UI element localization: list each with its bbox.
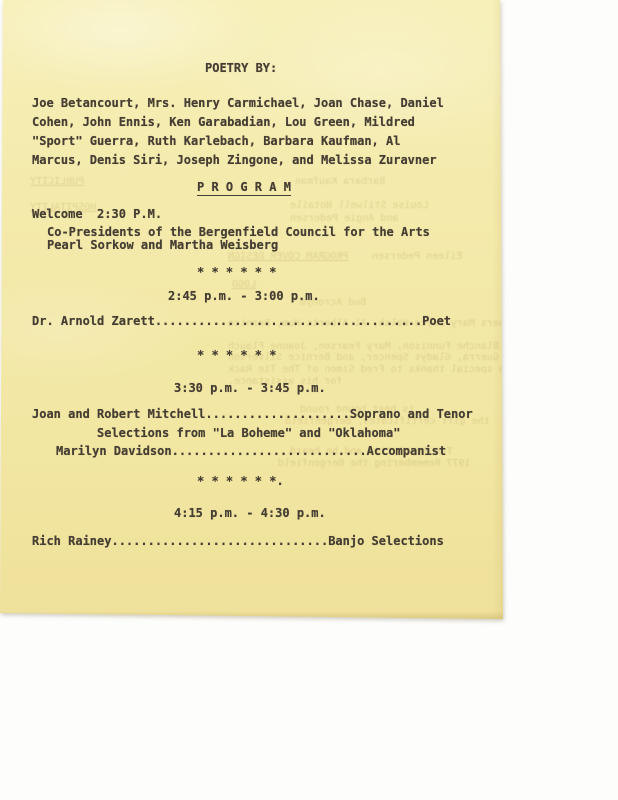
poets-line-1: Joe Betancourt, Mrs. Henry Carmichael, J…	[32, 96, 444, 110]
poets-line-2: Cohen, John Ennis, Ken Garabadian, Lou G…	[32, 115, 415, 129]
welcome-line: Welcome 2:30 P.M.	[32, 207, 162, 221]
separator-1: * * * * * *	[197, 265, 276, 279]
scanned-program-page: PUBLICITYBarbara KaufmanHOSPITALITYLouis…	[0, 0, 618, 800]
paper-sheet: PUBLICITYBarbara KaufmanHOSPITALITYLouis…	[0, 0, 506, 620]
bleedthrough-text: 1977 Remembering the Bergenfield	[278, 458, 471, 470]
session-1-time: 2:45 p.m. - 3:00 p.m.	[168, 289, 320, 303]
session-3-performer: Rich Rainey.............................…	[32, 534, 444, 548]
poetry-heading: POETRY BY:	[205, 61, 277, 75]
welcome-detail-1: Co-Presidents of the Bergenfield Council…	[47, 225, 430, 239]
bleedthrough-text: PROGRAM COVER DESIGN	[228, 251, 348, 263]
bleedthrough-text: and Angie Pedersen	[290, 213, 398, 225]
bleedthrough-text: Louise Stilwell Notaile	[290, 200, 428, 212]
separator-3: * * * * * *.	[197, 474, 284, 488]
session-2-accompanist: Marilyn Davidson........................…	[56, 444, 446, 458]
program-heading: P R O G R A M	[197, 180, 291, 196]
poets-line-4: Marcus, Denis Siri, Joseph Zingone, and …	[32, 153, 437, 167]
bleedthrough-text: Barbara Kaufman	[295, 176, 385, 188]
session-2-selections: Selections from "La Boheme" and "Oklahom…	[97, 426, 400, 440]
session-1-performer: Dr. Arnold Zarett.......................…	[32, 314, 451, 328]
welcome-detail-2: Pearl Sorkow and Martha Weisberg	[47, 238, 278, 252]
session-3-time: 4:15 p.m. - 4:30 p.m.	[174, 506, 326, 520]
bleedthrough-text: PUBLICITY	[30, 176, 84, 188]
separator-2: * * * * * *	[197, 348, 276, 362]
session-2-time: 3:30 p.m. - 3:45 p.m.	[174, 381, 326, 395]
bleedthrough-text: Also special thanks to Fred Simon of The…	[228, 364, 523, 376]
session-2-performers: Joan and Robert Mitchell................…	[32, 407, 473, 421]
poets-line-3: "Sport" Guerra, Ruth Karlebach, Barbara …	[32, 134, 400, 148]
bleedthrough-text: Eileen Pedersen	[372, 251, 462, 263]
